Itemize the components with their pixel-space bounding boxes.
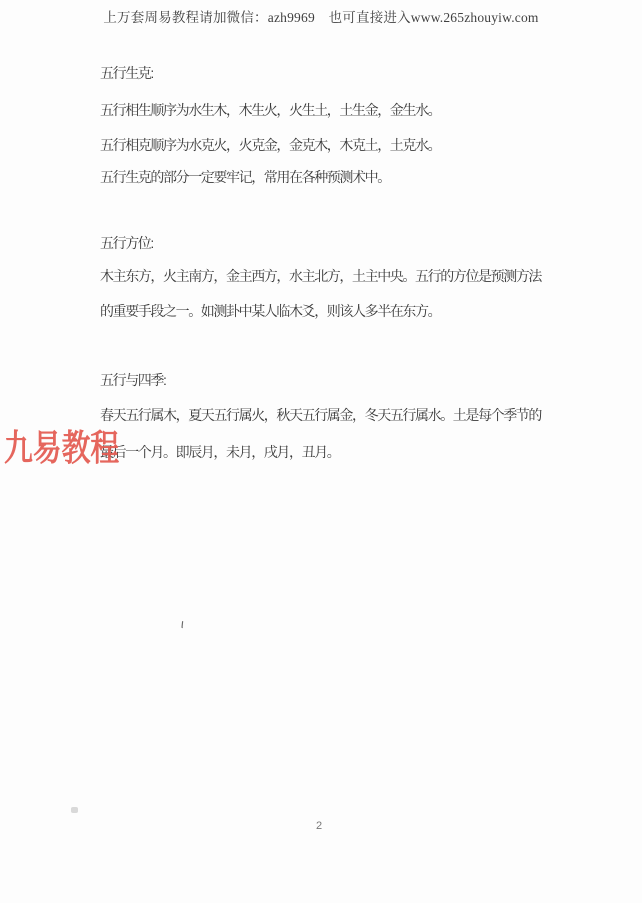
scanned-document-page: 上万套周易教程请加微信：azh9969 也可直接进入www.265zhouyiw…	[0, 0, 642, 903]
body-line-siji-1: 春天五行属木，夏天五行属火，秋天五行属金，冬天五行属水。土是每个季节的	[100, 407, 541, 423]
section-title-wuxing-siji: 五行与四季:	[100, 372, 166, 388]
body-line-shengke-2: 五行相克顺序为水克火，火克金，金克木，木克土，土克水。	[100, 137, 440, 153]
red-watermark-jiuyi-jiaocheng: 九易教程	[4, 429, 119, 467]
body-line-fangwei-1: 木主东方，火主南方，金主西方，水主北方，土主中央。五行的方位是预测方法	[100, 268, 541, 284]
body-line-siji-2: 最后一个月。即辰月，未月，戌月，丑月。	[100, 444, 339, 460]
header-promo-text: 上万套周易教程请加微信：azh9969 也可直接进入www.265zhouyiw…	[0, 6, 642, 26]
stray-ink-mark: ι	[180, 616, 184, 631]
section-title-wuxing-fangwei: 五行方位:	[100, 235, 153, 251]
section-title-wuxing-shengke: 五行生克:	[100, 65, 153, 81]
page-number: 2	[316, 820, 322, 832]
scan-artifact-speck	[71, 807, 78, 813]
body-line-shengke-1: 五行相生顺序为水生木，木生火，火生土，土生金，金生水。	[100, 102, 440, 118]
body-line-shengke-3: 五行生克的部分一定要牢记，常用在各种预测术中。	[100, 169, 390, 185]
body-line-fangwei-2: 的重要手段之一。如测卦中某人临木爻，则该人多半在东方。	[100, 303, 440, 319]
